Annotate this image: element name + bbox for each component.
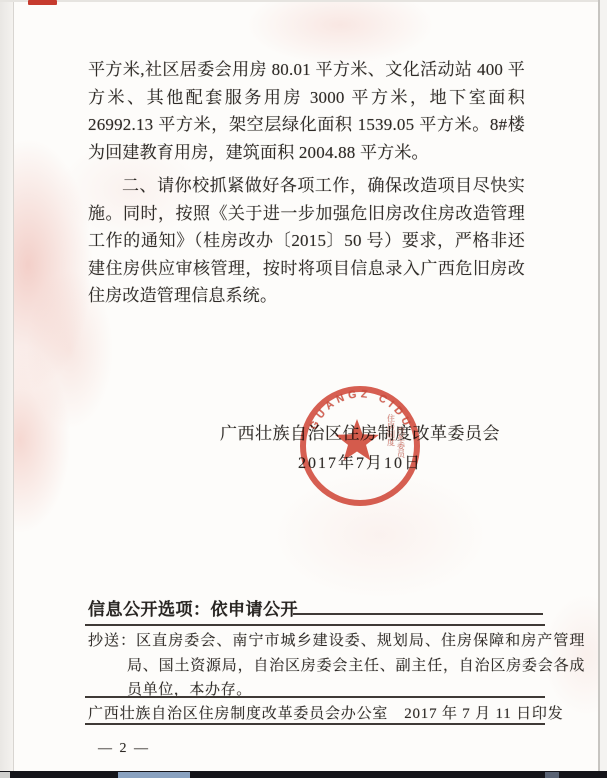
scan-red-mark — [28, 0, 57, 5]
scan-edge-bottom-notch — [545, 772, 559, 778]
body-paragraph-2: 二、请你校抓紧做好各项工作，确保改造项目尽快实施。同时，按照《关于进一步加强危旧… — [88, 172, 525, 310]
scan-edge-bottom — [0, 771, 607, 778]
scan-edge-top — [0, 0, 607, 2]
seal-star-icon — [335, 419, 379, 461]
seal-inner-text-col1: 住房制度 — [387, 413, 396, 447]
cc-block: 抄送：区直房委会、南宁市城乡建设委、规划局、住房保障和房产管理局、国土资源局，自… — [88, 629, 585, 703]
scanned-document-page: 平方米,社区居委会用房 80.01 平方米、文化活动站 400 平方米、其他配套… — [0, 0, 607, 778]
scan-edge-bottom-light-segment — [0, 772, 10, 778]
page-number: — 2 — — [98, 741, 150, 757]
cc-recipients: 区直房委会、南宁市城乡建设委、规划局、住房保障和房产管理局、国土资源局，自治区房… — [127, 633, 585, 698]
body-paragraph-continuation: 平方米,社区居委会用房 80.01 平方米、文化活动站 400 平方米、其他配套… — [88, 56, 525, 166]
print-date: 2017 年 7 月 11 日印发 — [404, 706, 563, 722]
divider-under-disclosure — [85, 624, 545, 626]
print-footer: 广西壮族自治区住房制度改革委员会办公室2017 年 7 月 11 日印发 — [88, 702, 546, 723]
disclosure-option-label: 信息公开选项：依申请公开 — [88, 595, 298, 620]
scan-edge-left — [0, 0, 14, 778]
footer-underline — [85, 723, 545, 725]
disclosure-fill-line — [293, 613, 543, 615]
seal-inner-text-col2: 改革委员 — [396, 425, 406, 459]
scan-edge-right-margin — [600, 0, 607, 778]
scan-edge-right-line — [598, 0, 600, 778]
cc-label: 抄送： — [88, 633, 136, 649]
official-seal: GUANGZ CIDU 住房制度 改革委员 — [295, 384, 427, 512]
seal-arc-text: GUANGZ CIDU — [308, 388, 415, 431]
issuing-office: 广西壮族自治区住房制度改革委员会办公室 — [88, 706, 388, 722]
divider-above-footer — [85, 696, 545, 698]
scan-edge-bottom-blue-segment — [118, 772, 190, 778]
